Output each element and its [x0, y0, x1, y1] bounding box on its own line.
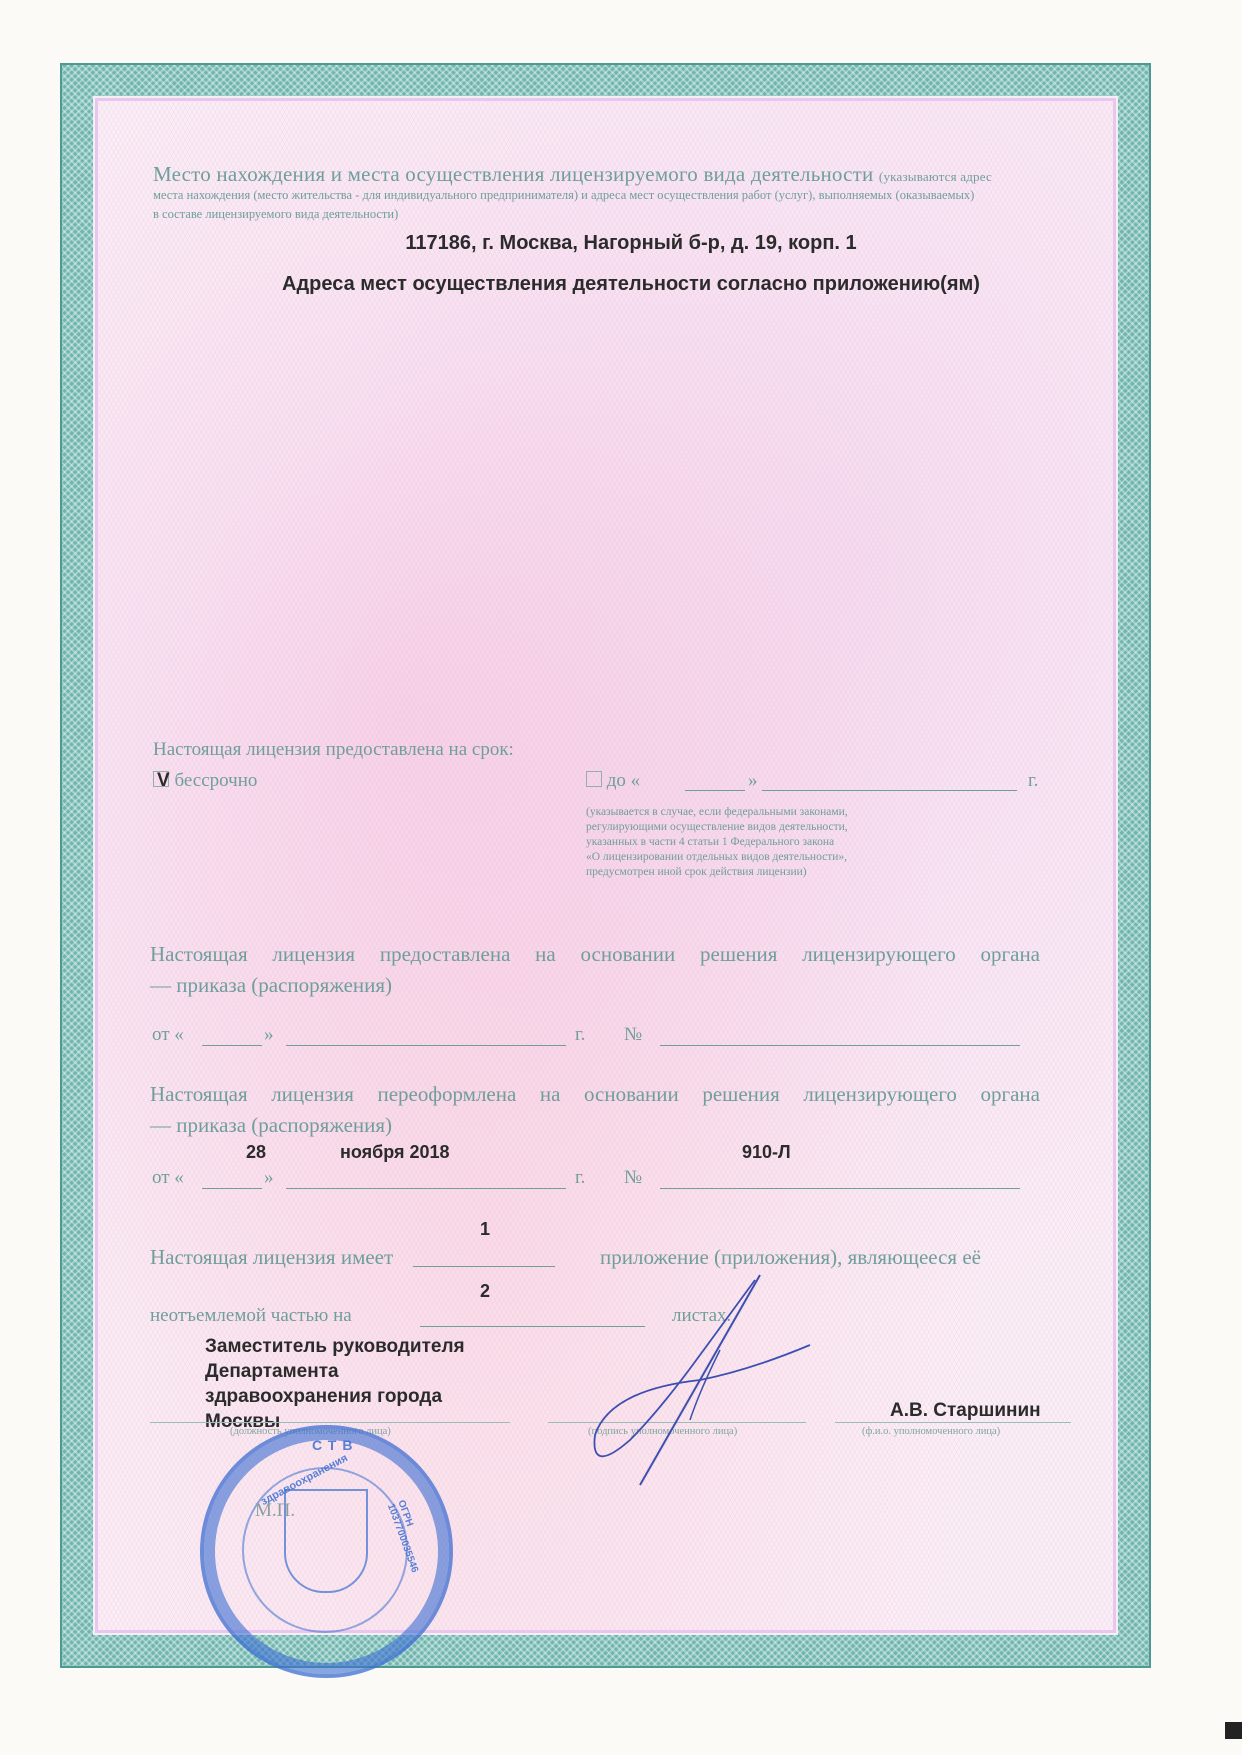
- reissued-month-year-blank[interactable]: [286, 1188, 566, 1189]
- seal-label: М.П.: [255, 1500, 295, 1522]
- granted-number-blank[interactable]: [660, 1045, 1020, 1046]
- granted-line1: Настоящая лицензия предоставлена на осно…: [150, 942, 1040, 967]
- reissued-day-blank[interactable]: [202, 1188, 262, 1189]
- reissued-from: от «: [152, 1167, 184, 1189]
- official-seal-stamp: СТВ здравоохранения ОГРН 1037700035546: [200, 1425, 453, 1678]
- name-sign-line: [835, 1422, 1071, 1423]
- until-checkbox[interactable]: [586, 771, 602, 787]
- reissued-number-blank[interactable]: [660, 1188, 1020, 1189]
- reissued-number-sign: №: [624, 1167, 642, 1189]
- appendix-text1: Настоящая лицензия имеет: [150, 1245, 393, 1270]
- granted-day-blank[interactable]: [202, 1045, 262, 1046]
- handwritten-signature: [570, 1270, 820, 1500]
- term-until-option[interactable]: до «: [586, 770, 640, 792]
- signatory-position: Заместитель руководителя Департамента зд…: [205, 1334, 465, 1434]
- appendix-text3: неотъемлемой частью на: [150, 1305, 352, 1327]
- reissued-quote-close: »: [264, 1167, 274, 1189]
- appendix-sheets-value: 2: [480, 1281, 490, 1302]
- granted-number-sign: №: [624, 1024, 642, 1046]
- term-footnote: (указывается в случае, если федеральными…: [586, 805, 848, 880]
- name-caption: (ф.и.о. уполномоченного лица): [862, 1426, 1000, 1437]
- scan-edge-mark: [1225, 1722, 1242, 1739]
- appendix-count-value: 1: [480, 1219, 490, 1240]
- reissued-year-suffix: г.: [575, 1167, 585, 1189]
- reissued-month-year: ноября 2018: [340, 1142, 450, 1163]
- reissued-day: 28: [246, 1142, 266, 1163]
- reissued-number: 910-Л: [742, 1142, 791, 1163]
- reissued-line1: Настоящая лицензия переоформлена на осно…: [150, 1082, 1040, 1107]
- location-note-line2: места нахождения (место жительства - для…: [153, 188, 1083, 203]
- reissued-line2: — приказа (распоряжения): [150, 1113, 392, 1138]
- position-sign-line: [150, 1422, 510, 1423]
- activity-addresses: Адреса мест осуществления деятельности с…: [0, 273, 1242, 296]
- granted-month-year-blank[interactable]: [286, 1045, 566, 1046]
- until-quote-close: »: [748, 770, 758, 792]
- until-day-blank[interactable]: [685, 790, 745, 791]
- appendix-text2: приложение (приложения), являющееся её: [600, 1245, 981, 1270]
- granted-year-suffix: г.: [575, 1024, 585, 1046]
- until-month-year-blank[interactable]: [762, 790, 1017, 791]
- granted-from: от «: [152, 1024, 184, 1046]
- term-indefinite-option[interactable]: V бессрочно: [153, 770, 257, 792]
- granted-line2: — приказа (распоряжения): [150, 973, 392, 998]
- term-heading: Настоящая лицензия предоставлена на срок…: [153, 739, 514, 761]
- moscow-coat-of-arms-icon: [284, 1489, 368, 1593]
- appendix-count-blank[interactable]: [413, 1266, 555, 1267]
- location-heading: Место нахождения и места осуществления л…: [153, 162, 992, 187]
- check-mark-icon: V: [157, 770, 170, 791]
- granted-quote-close: »: [264, 1024, 274, 1046]
- until-year-suffix: г.: [1028, 770, 1038, 792]
- location-note-line3: в составе лицензируемого вида деятельнос…: [153, 207, 398, 222]
- signatory-name: А.В. Старшинин: [890, 1400, 1041, 1422]
- license-address: 117186, г. Москва, Нагорный б-р, д. 19, …: [0, 232, 1242, 255]
